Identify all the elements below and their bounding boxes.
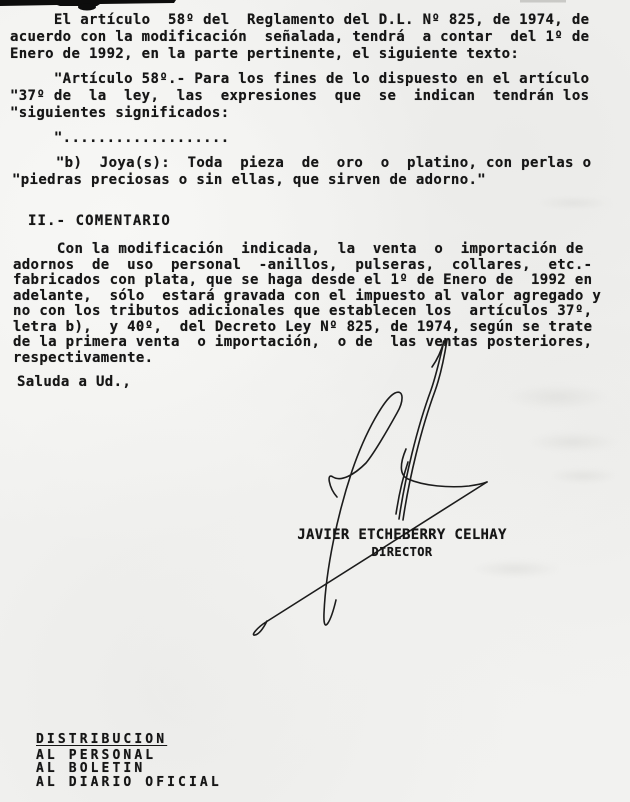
distribution-item-boletin: AL BOLETIN: [36, 762, 222, 776]
signer-title: DIRECTOR: [292, 545, 512, 559]
signature-block: JAVIER ETCHEBERRY CELHAY DIRECTOR: [292, 527, 512, 559]
handwritten-signature: [0, 0, 630, 802]
signer-name: JAVIER ETCHEBERRY CELHAY: [292, 527, 512, 543]
scanned-letter-page: { "doc": { "paragraph_1": " El artículo …: [0, 0, 630, 802]
distribution-list: DISTRIBUCION AL PERSONAL AL BOLETIN AL D…: [36, 733, 222, 789]
distribution-heading: DISTRIBUCION: [36, 733, 222, 747]
distribution-item-diario-oficial: AL DIARIO OFICIAL: [36, 776, 222, 790]
distribution-item-personal: AL PERSONAL: [36, 749, 222, 763]
